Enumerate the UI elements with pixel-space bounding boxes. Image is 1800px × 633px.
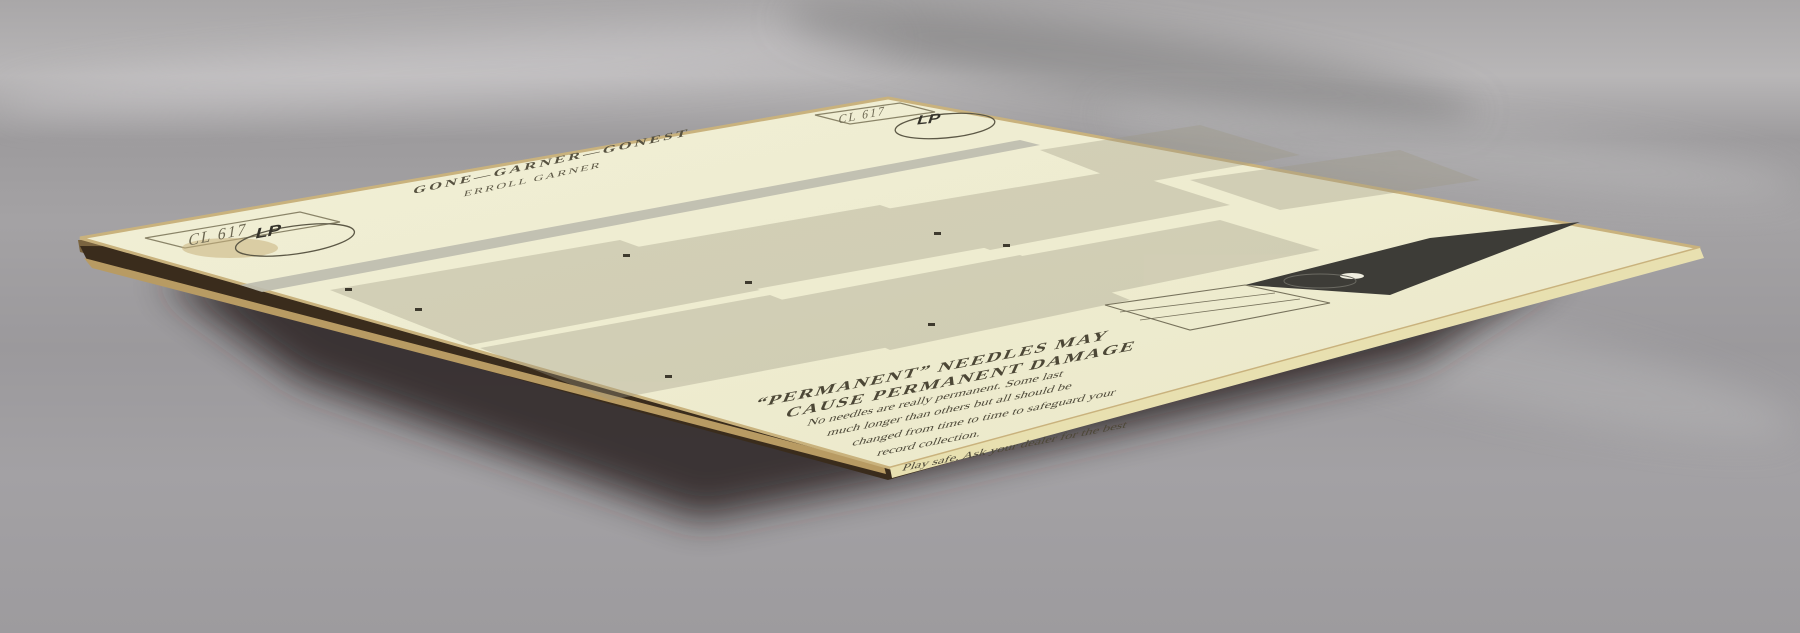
photo-scene: CL 617 LP CL 617 LP GONE—GARNER—GONEST E… [0, 0, 1800, 633]
record-jacket-graphic [0, 0, 1800, 633]
